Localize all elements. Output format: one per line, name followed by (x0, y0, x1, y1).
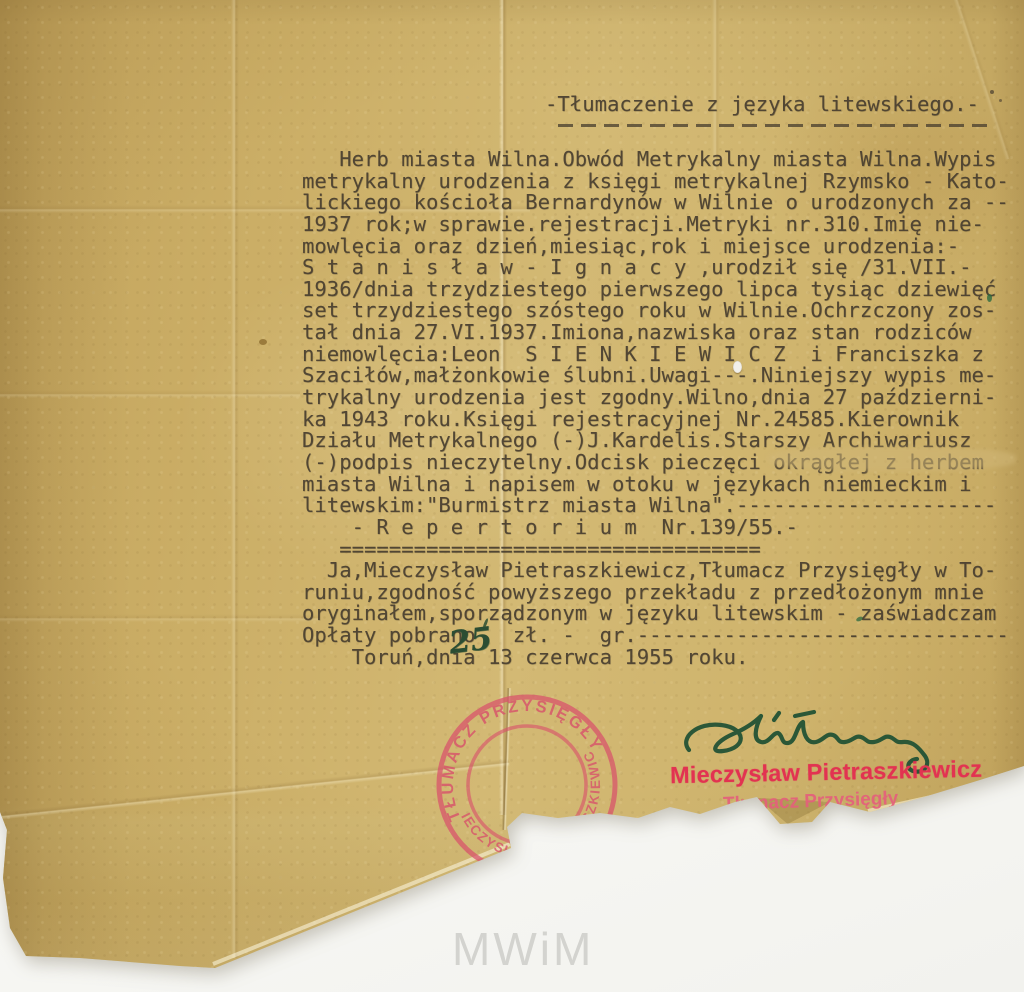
body-line: tał dnia 27.VI.1937.Imiona,nazwiska oraz… (302, 322, 1009, 344)
left-fold-crease (231, 0, 239, 958)
handwritten-fee-amount: 25 (447, 621, 494, 662)
horizontal-crease-2 (0, 390, 300, 398)
body-line: mowlęcia oraz dzień,miesiąc,rok i miejsc… (302, 236, 1009, 258)
faded-ink-patch (768, 447, 1016, 471)
body-line-fee: Opłaty pobrano zł. - gr.----------------… (302, 625, 1009, 647)
body-line: niemowlęcia:Leon S I E N K I E W I C Z i… (302, 344, 1009, 366)
body-line: runiu,zgodność powyższego przekładu z pr… (302, 582, 1009, 604)
body-line: S t a n i s ł a w - I g n a c y ,urodził… (302, 257, 1009, 279)
corner-diagonal-crease (951, 0, 1013, 160)
body-line: Szaciłów,małżonkowie ślubni.Uwagi---.Nin… (302, 365, 1009, 387)
body-line-repertorium: - R e p e r t o r i u m Nr.139/55.- (302, 517, 1009, 539)
brown-stain-dot (259, 339, 267, 345)
svg-text:TŁUMACZ PRZYSIĘGŁY: TŁUMACZ PRZYSIĘGŁY (420, 678, 607, 825)
document-title: -Tłumaczenie z języka litewskiego.- (545, 92, 979, 116)
body-line: lickiego kościoła Bernardynów w Wilnie o… (302, 192, 1009, 214)
body-line: 1936/dnia trzydziestego pierwszego lipca… (302, 279, 1009, 301)
translator-name-stamp: Mieczysław Pietraszkiewicz (670, 756, 983, 790)
translator-role-stamp: Tłumacz Przysięgły (723, 788, 899, 816)
body-line: miasta Wilna i napisem w otoku w językac… (302, 474, 1009, 496)
green-ink-speck (987, 294, 992, 302)
paper-sheet: -Tłumaczenie z języka litewskiego.- Herb… (0, 0, 1024, 992)
typewritten-body: Herb miasta Wilna.Obwód Metrykalny miast… (302, 149, 1009, 668)
body-line-date: Toruń,dnia 13 czerwca 1955 roku. (302, 647, 1009, 669)
body-line-divider: ================================== (302, 539, 1009, 561)
ink-dot (999, 99, 1002, 102)
paper-hole (733, 361, 742, 373)
body-line: metrykalny urodzenia z księgi metrykalne… (302, 171, 1009, 193)
ink-dot (990, 90, 994, 94)
upper-right-crease (712, 0, 720, 170)
body-line: Herb miasta Wilna.Obwód Metrykalny miast… (302, 149, 1009, 171)
round-stamp: TŁUMACZ PRZYSIĘGŁY MIECZYSŁAW PIETRASZKI… (420, 678, 635, 893)
body-line: ka 1943 roku.Księgi rejestracyjnej Nr.24… (302, 409, 1009, 431)
body-line: trykalny urodzenia jest zgodny.Wilno,dni… (302, 387, 1009, 409)
body-line: litewskim:"Burmistrz miasta Wilna".-----… (302, 495, 1009, 517)
body-line: set trzydziestego szóstego roku w Wilnie… (302, 300, 1009, 322)
scanned-document: MWiM -Tłumaczenie z języka litewskiego.-… (0, 0, 1024, 992)
body-line: 1937 rok;w sprawie.rejestracji.Metryki n… (302, 214, 1009, 236)
horizontal-crease-3 (0, 614, 320, 622)
paper-shadow: -Tłumaczenie z języka litewskiego.- Herb… (0, 0, 1024, 992)
title-underline (558, 124, 990, 127)
stamp-ring-text-top: TŁUMACZ PRZYSIĘGŁY (420, 678, 607, 825)
body-line: oryginałem,sporządzonym w języku litewsk… (302, 603, 1009, 625)
body-line: Ja,Mieczysław Pietraszkiewicz,Tłumacz Pr… (302, 560, 1009, 582)
